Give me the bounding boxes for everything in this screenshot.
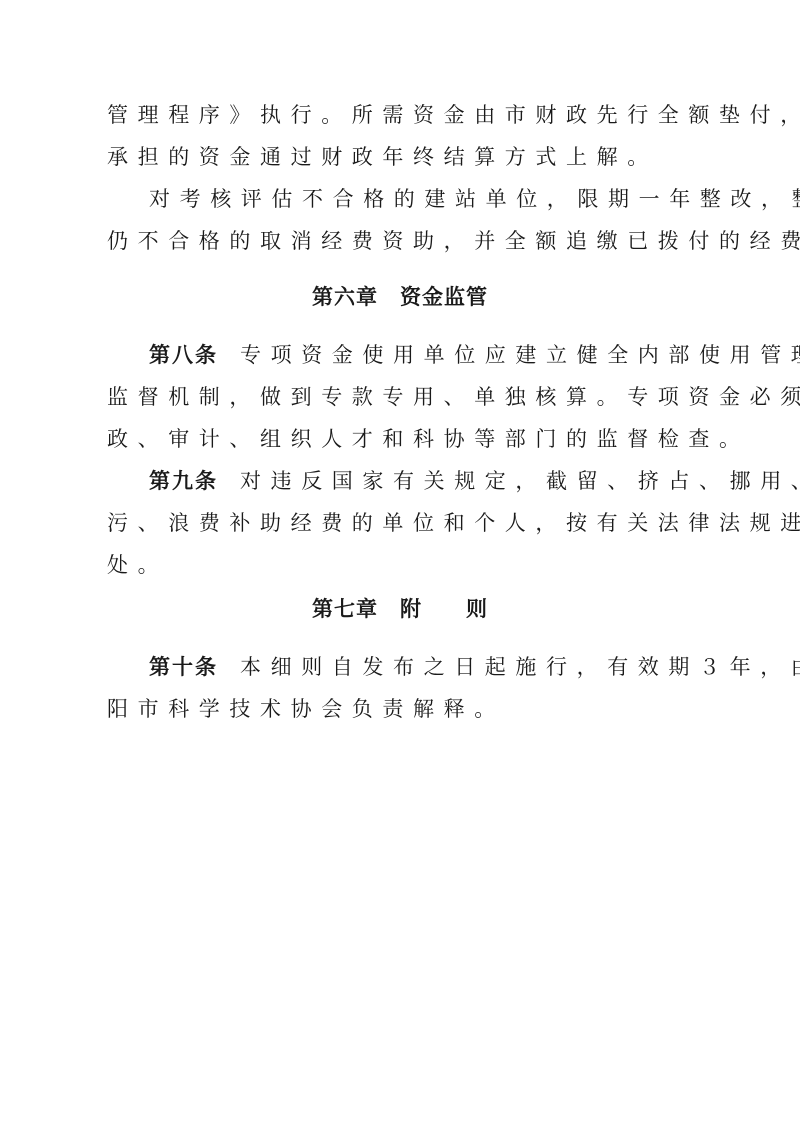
article-line: 第八条专项资金使用单位应建立健全内部使用管理和 [149,340,697,370]
article-text: 对违反国家有关规定，截留、挤占、挪用、贪 [240,469,800,493]
article-label: 第九条 [149,469,218,493]
article-line: 监督机制，做到专款专用、单独核算。专项资金必须接受财 [107,382,697,412]
chapter-heading: 第七章 附 则 [0,594,800,624]
chapter-heading: 第六章 资金监管 [0,282,800,312]
paragraph-line: 对考核评估不合格的建站单位，限期一年整改，整改后 [149,184,697,214]
article-line: 阳市科学技术协会负责解释。 [107,694,697,724]
paragraph-line: 仍不合格的取消经费资助，并全额追缴已拨付的经费。 [107,226,697,256]
article-text: 专项资金使用单位应建立健全内部使用管理和 [240,343,800,367]
article-line: 第九条对违反国家有关规定，截留、挤占、挪用、贪 [149,466,697,496]
article-line: 污、浪费补助经费的单位和个人，按有关法律法规进行查 [107,508,697,538]
article-label: 第十条 [149,655,218,679]
article-line: 处。 [107,550,697,580]
paragraph-line: 管理程序》执行。所需资金由市财政先行全额垫付，区县应 [107,100,697,130]
article-line: 第十条本细则自发布之日起施行，有效期３年，由沈 [149,652,697,682]
article-text: 本细则自发布之日起施行，有效期３年，由沈 [240,655,800,679]
article-label: 第八条 [149,343,218,367]
paragraph-line: 承担的资金通过财政年终结算方式上解。 [107,142,697,172]
article-line: 政、审计、组织人才和科协等部门的监督检查。 [107,424,697,454]
